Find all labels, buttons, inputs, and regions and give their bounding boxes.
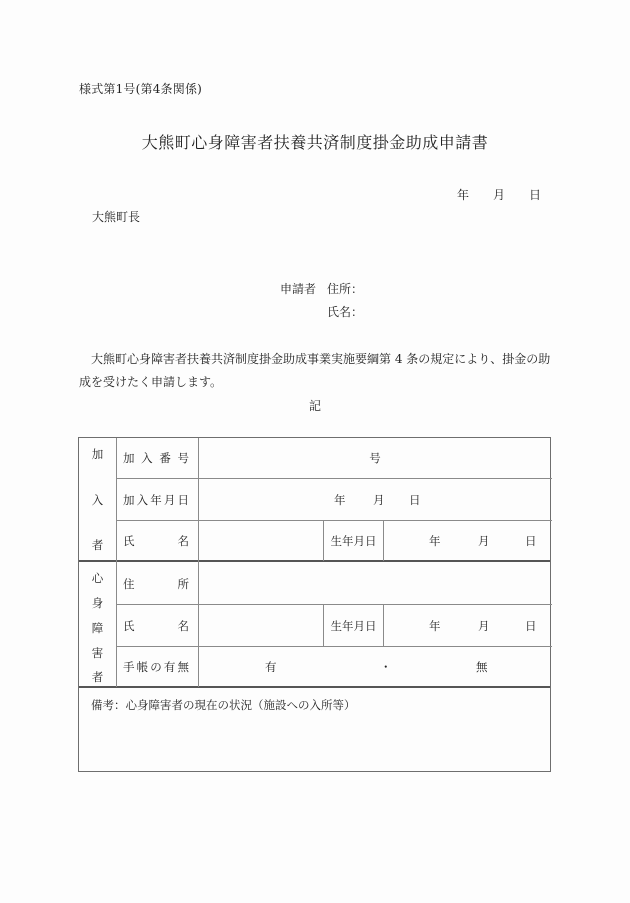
enroll-date-label: 加 入 年 月 日 xyxy=(117,479,198,520)
disabled-group-char: 身 xyxy=(79,595,116,611)
section-divider xyxy=(79,560,550,562)
label-char: 手 xyxy=(123,659,135,675)
addressee: 大熊町長 xyxy=(92,208,140,225)
year-label: 年 xyxy=(334,492,346,508)
handbook-option-yes[interactable]: 有 xyxy=(265,659,277,675)
label-char: 有 xyxy=(164,659,176,675)
date-month-label: 月 xyxy=(493,186,505,203)
disabled-name-field[interactable] xyxy=(199,605,323,646)
disabled-address-field[interactable] xyxy=(199,563,551,604)
ki-heading: 記 xyxy=(0,397,630,414)
disabled-address-label: 住 所 xyxy=(117,563,198,604)
section-divider xyxy=(79,686,550,688)
label-char: 帳 xyxy=(137,659,149,675)
document-title: 大熊町心身障害者扶養共済制度掛金助成申請書 xyxy=(0,130,630,153)
disabled-name-label: 氏 名 xyxy=(117,605,198,646)
enrollee-name-field[interactable] xyxy=(199,521,323,560)
label-char: 加 xyxy=(123,492,135,508)
month-label: 月 xyxy=(478,618,490,634)
disabled-group-char: 心 xyxy=(79,570,116,586)
label-char: 加 xyxy=(123,450,135,466)
disabled-birthdate-field[interactable]: 年 月 日 xyxy=(384,605,551,646)
applicant-name-label: 氏名： xyxy=(327,303,363,320)
year-label: 年 xyxy=(429,618,441,634)
form-number: 様式第1号(第4条関係) xyxy=(79,80,202,97)
application-table: 加 入 者 加 入 番 号 号 加 入 年 月 日 年 月 日 氏 名 生年月日… xyxy=(78,437,551,772)
year-label: 年 xyxy=(429,533,441,549)
label-char: 月 xyxy=(164,492,176,508)
handbook-option-no[interactable]: 無 xyxy=(476,659,488,675)
label-char: 氏 xyxy=(123,618,135,634)
option-separator: ・ xyxy=(380,659,392,675)
label-char: 名 xyxy=(178,618,190,634)
date-year-label: 年 xyxy=(457,186,469,203)
enrollee-group-char: 者 xyxy=(79,537,116,553)
month-label: 月 xyxy=(373,492,385,508)
month-label: 月 xyxy=(478,533,490,549)
handbook-options: 有 ・ 無 xyxy=(199,647,551,686)
handbook-label: 手 帳 の 有 無 xyxy=(117,647,198,686)
applicant-role-label: 申請者 xyxy=(280,280,316,297)
day-label: 日 xyxy=(525,533,537,549)
enrollee-birthdate-label: 生年月日 xyxy=(324,521,383,560)
label-char: 日 xyxy=(178,492,190,508)
remarks-box[interactable]: 備考：心身障害者の現在の状況（施設への入所等） xyxy=(79,689,550,771)
label-char: 無 xyxy=(178,659,190,675)
label-char: 号 xyxy=(177,450,189,466)
day-label: 日 xyxy=(525,618,537,634)
disabled-group-char: 害 xyxy=(79,645,116,661)
enrollee-birthdate-field[interactable]: 年 月 日 xyxy=(384,521,551,560)
date-day-label: 日 xyxy=(529,186,541,203)
label-char: 入 xyxy=(141,450,153,466)
label-char: 名 xyxy=(178,533,190,549)
application-statement: 大熊町心身障害者扶養共済制度掛金助成事業実施要綱第 4 条の規定により、掛金の助… xyxy=(79,348,559,394)
disabled-group-char: 障 xyxy=(79,620,116,636)
applicant-address-label: 住所： xyxy=(327,280,363,297)
enroll-number-field[interactable]: 号 xyxy=(199,438,551,478)
label-char: の xyxy=(150,659,162,675)
label-char: 番 xyxy=(159,450,171,466)
enroll-date-field[interactable]: 年 月 日 xyxy=(199,479,551,520)
enroll-number-label: 加 入 番 号 xyxy=(117,438,198,478)
label-char: 住 xyxy=(123,576,135,592)
label-char: 所 xyxy=(178,576,190,592)
label-char: 年 xyxy=(150,492,162,508)
enrollee-name-label: 氏 名 xyxy=(117,521,198,560)
disabled-birthdate-label: 生年月日 xyxy=(324,605,383,646)
enrollee-group-char: 加 xyxy=(79,446,116,462)
day-label: 日 xyxy=(409,492,421,508)
enrollee-group-char: 入 xyxy=(79,492,116,508)
number-suffix: 号 xyxy=(369,450,381,466)
remarks-label: 備考：心身障害者の現在の状況（施設への入所等） xyxy=(91,697,356,713)
disabled-group-char: 者 xyxy=(79,669,116,685)
label-char: 氏 xyxy=(123,533,135,549)
label-char: 入 xyxy=(137,492,149,508)
